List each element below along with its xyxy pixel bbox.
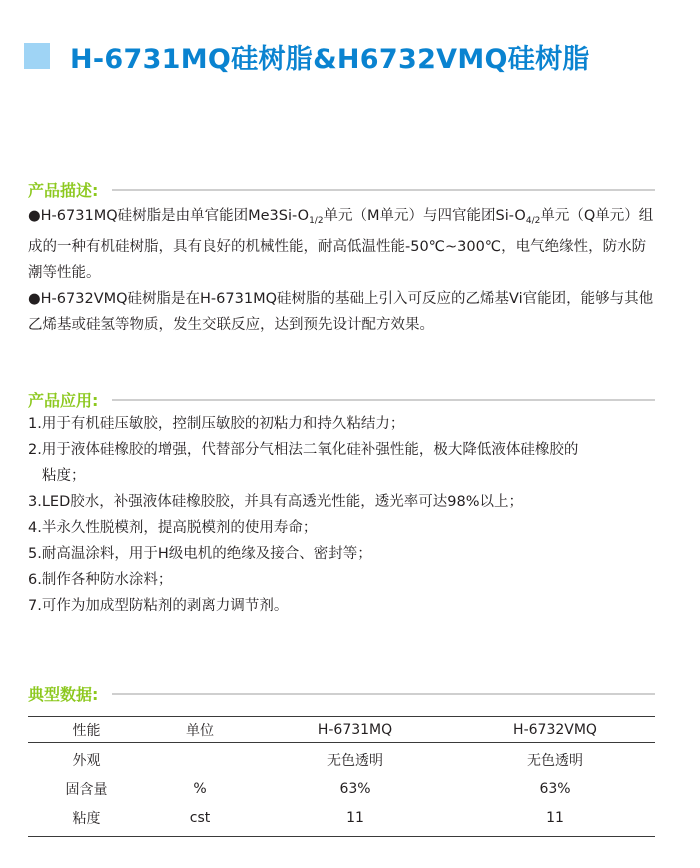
- application-item: 2.用于液体硅橡胶的增强，代替部分气相法二氧化硅补强性能，极大降低液体硅橡胶的: [28, 437, 658, 463]
- description-heading: 产品描述:: [28, 178, 98, 201]
- application-item: 1.用于有机硅压敏胶，控制压敏胶的初粘力和持久粘结力；: [28, 411, 658, 437]
- application-item-continuation: 粘度；: [28, 463, 658, 489]
- table-cell: 固含量: [28, 774, 145, 803]
- section-divider: [112, 693, 655, 695]
- table-cell: 63%: [255, 774, 455, 803]
- applications-list: 1.用于有机硅压敏胶，控制压敏胶的初粘力和持久粘结力； 2.用于液体硅橡胶的增强…: [28, 411, 658, 619]
- typical-data-section-header: 典型数据:: [28, 682, 655, 705]
- application-item: 7.可作为加成型防粘剂的剥离力调节剂。: [28, 593, 658, 619]
- table-cell: 无色透明: [455, 743, 655, 775]
- section-divider: [112, 399, 655, 401]
- subscript: 1/2: [309, 216, 323, 226]
- applications-heading: 产品应用:: [28, 388, 98, 411]
- application-item: 4.半永久性脱模剂，提高脱模剂的使用寿命；: [28, 515, 658, 541]
- title-row: H-6731MQ硅树脂&H6732VMQ硅树脂: [24, 36, 590, 76]
- subscript: 4/2: [526, 216, 540, 226]
- table-cell: 11: [255, 803, 455, 837]
- table-row: 外观 无色透明 无色透明: [28, 743, 655, 775]
- typical-data-table: 性能 单位 H-6731MQ H-6732VMQ 外观 无色透明 无色透明 固含…: [28, 716, 655, 837]
- title-marker-square: [24, 43, 50, 69]
- description-section-header: 产品描述:: [28, 178, 655, 201]
- table-cell: 11: [455, 803, 655, 837]
- table-row: 粘度 cst 11 11: [28, 803, 655, 837]
- application-item: 5.耐高温涂料，用于H级电机的绝缘及接合、密封等；: [28, 541, 658, 567]
- page-title: H-6731MQ硅树脂&H6732VMQ硅树脂: [70, 37, 590, 76]
- description-paragraph-1: ●H-6731MQ硅树脂是由单官能团Me3Si-O1/2单元（M单元）与四官能团…: [28, 203, 658, 286]
- description-text: 单元（M单元）与四官能团Si-O: [324, 208, 526, 224]
- table-header-row: 性能 单位 H-6731MQ H-6732VMQ: [28, 717, 655, 743]
- table-cell: cst: [145, 803, 255, 837]
- table-cell: 63%: [455, 774, 655, 803]
- column-header: H-6731MQ: [255, 717, 455, 743]
- typical-data-heading: 典型数据:: [28, 682, 98, 705]
- application-item: 3.LED胶水，补强液体硅橡胶胶，并具有高透光性能，透光率可达98%以上；: [28, 489, 658, 515]
- column-header: H-6732VMQ: [455, 717, 655, 743]
- applications-section-header: 产品应用:: [28, 388, 655, 411]
- description-text: ●H-6731MQ硅树脂是由单官能团Me3Si-O: [28, 208, 309, 224]
- table-row: 固含量 % 63% 63%: [28, 774, 655, 803]
- table-cell: %: [145, 774, 255, 803]
- column-header: 单位: [145, 717, 255, 743]
- table-cell: 外观: [28, 743, 145, 775]
- column-header: 性能: [28, 717, 145, 743]
- table-cell: 无色透明: [255, 743, 455, 775]
- table-cell: 粘度: [28, 803, 145, 837]
- table-cell: [145, 743, 255, 775]
- description-paragraph-2: ●H-6732VMQ硅树脂是在H-6731MQ硅树脂的基础上引入可反应的乙烯基V…: [28, 286, 658, 338]
- application-item: 6.制作各种防水涂料；: [28, 567, 658, 593]
- section-divider: [112, 189, 655, 191]
- applications-body: 1.用于有机硅压敏胶，控制压敏胶的初粘力和持久粘结力； 2.用于液体硅橡胶的增强…: [28, 411, 658, 619]
- description-body: ●H-6731MQ硅树脂是由单官能团Me3Si-O1/2单元（M单元）与四官能团…: [28, 203, 658, 338]
